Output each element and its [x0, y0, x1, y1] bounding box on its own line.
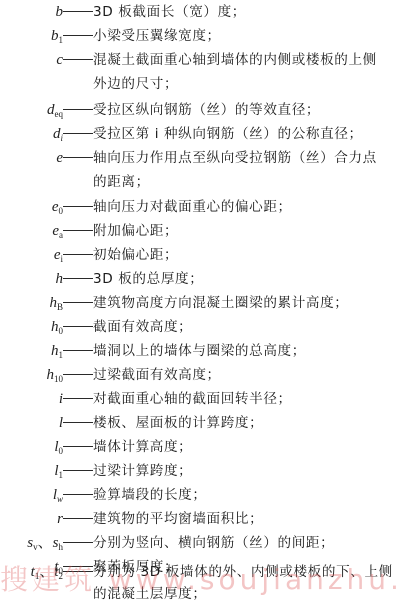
definition-text: 小梁受压翼缘宽度； — [63, 24, 393, 48]
symbol: h — [56, 267, 64, 291]
symbol: e0 — [52, 195, 63, 219]
definition-text: 轴向压力对截面重心的偏心距； — [63, 195, 393, 219]
symbol: h1 — [51, 339, 63, 363]
symbol: l1 — [54, 459, 63, 483]
symbol: ei — [54, 243, 63, 267]
definition-text: 墙洞以上的墙体与圈梁的总高度； — [63, 339, 393, 363]
definition-text: 附加偏心距； — [63, 219, 393, 243]
symbol: c — [56, 48, 63, 72]
definition-text: 受拉区第 i 种纵向钢筋（丝）的公称直径； — [63, 122, 393, 146]
symbol: t1、t2 — [31, 560, 63, 584]
definition-text: 对截面重心轴的截面回转半径； — [63, 387, 393, 411]
definition-text: 混凝土截面重心轴到墙体的内侧或楼板的上侧 — [63, 48, 393, 72]
symbol: di — [53, 122, 63, 146]
definition-text: 轴向压力作用点至纵向受拉钢筋（丝）合力点 — [63, 146, 393, 170]
definition-text: 截面有效高度； — [63, 315, 393, 339]
symbol: sv、sh — [27, 531, 63, 555]
symbol: ea — [52, 219, 63, 243]
symbol: h10 — [47, 363, 64, 387]
symbol: deq — [47, 98, 63, 122]
definition-text: 3D 板的总厚度； — [63, 267, 393, 291]
definition-text: 验算墙段的长度； — [63, 483, 393, 507]
definition-text: 过梁计算跨度； — [63, 459, 393, 483]
definition-text: 分别为 3D 板墙体的外、内侧或楼板的下、上侧 — [63, 560, 393, 584]
symbol: l0 — [54, 435, 63, 459]
definition-continuation: 外边的尺寸； — [93, 72, 393, 96]
definition-continuation: 的距离； — [93, 170, 393, 194]
definition-text: 3D 板截面长（宽）度； — [63, 0, 393, 24]
definition-text: 建筑物的平均窗墙面积比； — [63, 507, 393, 531]
symbol-definitions-page: b 3D 板截面长（宽）度； b1 小梁受压翼缘宽度； c 混凝土截面重心轴到墙… — [0, 0, 396, 600]
symbol: h0 — [51, 315, 63, 339]
symbol: e — [56, 146, 63, 170]
definition-text: 建筑物高度方向混凝土圈梁的累计高度； — [63, 291, 393, 315]
definition-text: 墙体计算高度； — [63, 435, 393, 459]
symbol: hB — [49, 291, 63, 315]
definition-text: 受拉区纵向钢筋（丝）的等效直径； — [63, 98, 393, 122]
symbol: b — [56, 0, 64, 24]
symbol: b1 — [51, 24, 63, 48]
definition-text: 初始偏心距； — [63, 243, 393, 267]
symbol: lw — [53, 483, 63, 507]
definition-continuation: 的混凝土层厚度； — [93, 582, 393, 600]
definition-text: 过梁截面有效高度； — [63, 363, 393, 387]
definition-text: 分别为竖向、横向钢筋（丝）的间距； — [63, 531, 393, 555]
definition-text: 楼板、屋面板的计算跨度； — [63, 411, 393, 435]
